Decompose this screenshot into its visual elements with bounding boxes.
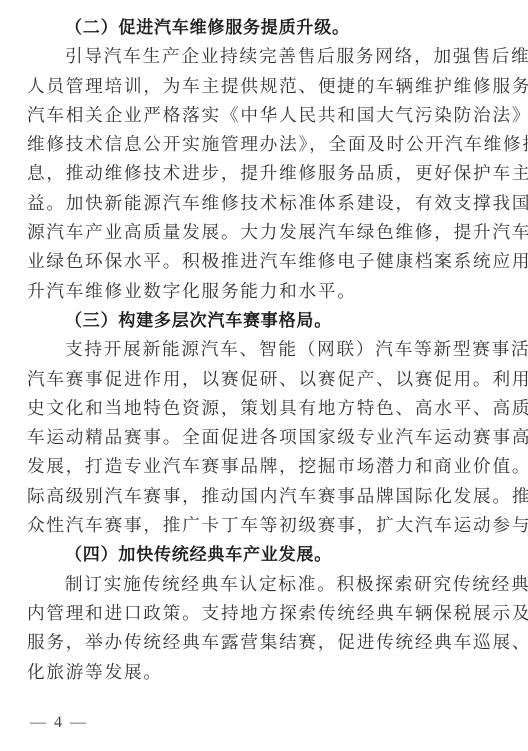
paragraph-line: 内管理和进口政策。支持地方探索传统经典车辆保税展示及托管: [27, 600, 497, 629]
paragraph-line: 息，推动维修技术进步，提升维修服务品质，更好保护车主合法权: [27, 160, 497, 189]
paragraph-line: 益。加快新能源汽车维修技术标准体系建设，有效支撑我国新能: [27, 190, 497, 219]
section-heading: （二）促进汽车维修服务提质升级。: [27, 14, 497, 43]
paragraph-line: 汽车赛事促进作用，以赛促研、以赛促产、以赛促用。利用地方历: [27, 366, 497, 395]
paragraph-line: 人员管理培训，为车主提供规范、便捷的车辆维护维修服务。督促: [27, 73, 497, 102]
paragraph-line: 际高级别汽车赛事，推动国内汽车赛事品牌国际化发展。推动群: [27, 483, 497, 512]
paragraph-line: 众性汽车赛事，推广卡丁车等初级赛事，扩大汽车运动参与人群。: [27, 512, 497, 541]
paragraph-line: 服务，举办传统经典车露营集结赛，促进传统经典车巡展、赛事、文: [27, 629, 497, 658]
paragraph-line: 车运动精品赛事。全面促进各项国家级专业汽车运动赛事高质量: [27, 424, 497, 453]
paragraph-line: 源汽车产业高质量发展。大力发展汽车绿色维修，提升汽车维修: [27, 219, 497, 248]
section-heading: （四）加快传统经典车产业发展。: [27, 541, 497, 570]
paragraph-line: 维修技术信息公开实施管理办法》，全面及时公开汽车维修技术信: [27, 131, 497, 160]
paragraph-line: 化旅游等发展。: [27, 659, 497, 688]
page-number: — 4 —: [30, 714, 88, 732]
paragraph-line: 史文化和当地特色资源，策划具有地方特色、高水平、高质量的汽: [27, 395, 497, 424]
paragraph-line: 升汽车维修业数字化服务能力和水平。: [27, 278, 497, 307]
paragraph-line: 引导汽车生产企业持续完善售后服务网络，加强售后维修等: [27, 43, 497, 72]
paragraph-line: 发展，打造专业汽车赛事品牌，挖掘市场潜力和商业价值。举办国: [27, 453, 497, 482]
section-3: （三）构建多层次汽车赛事格局。 支持开展新能源汽车、智能（网联）汽车等新型赛事活…: [27, 307, 497, 541]
document-page: （二）促进汽车维修服务提质升级。 引导汽车生产企业持续完善售后服务网络，加强售后…: [27, 14, 497, 688]
section-2: （二）促进汽车维修服务提质升级。 引导汽车生产企业持续完善售后服务网络，加强售后…: [27, 14, 497, 307]
paragraph-line: 制订实施传统经典车认定标准。积极探索研究传统经典车国: [27, 571, 497, 600]
section-heading: （三）构建多层次汽车赛事格局。: [27, 307, 497, 336]
section-4: （四）加快传统经典车产业发展。 制订实施传统经典车认定标准。积极探索研究传统经典…: [27, 541, 497, 687]
paragraph-line: 支持开展新能源汽车、智能（网联）汽车等新型赛事活动，发挥: [27, 336, 497, 365]
paragraph-line: 汽车相关企业严格落实《中华人民共和国大气污染防治法》《汽车: [27, 102, 497, 131]
paragraph-line: 业绿色环保水平。积极推进汽车维修电子健康档案系统应用，提: [27, 248, 497, 277]
